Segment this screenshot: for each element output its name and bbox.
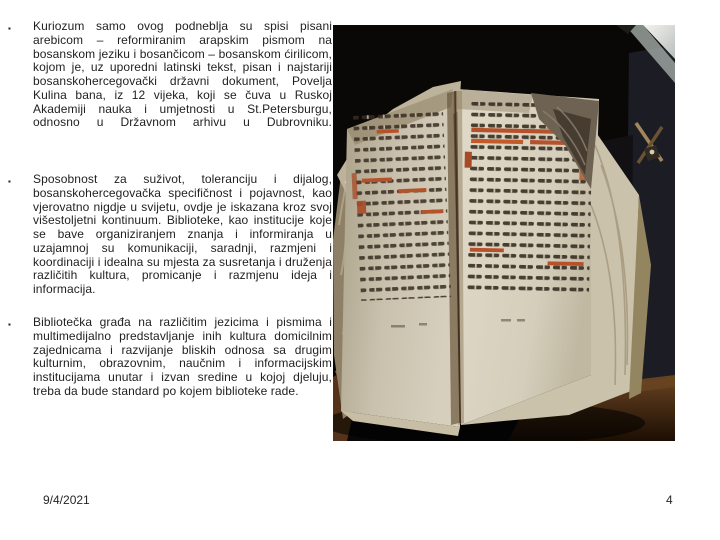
bullet-text-2: Sposobnost za suživot, toleranciju i dij… xyxy=(33,173,332,297)
bullet-marker: ▪ xyxy=(8,318,11,332)
page-text-left xyxy=(349,111,451,301)
footer-date: 9/4/2021 xyxy=(43,493,90,507)
manuscript-photo xyxy=(333,25,675,441)
bullet-text-3: Bibliotečka građa na različitim jezicima… xyxy=(33,316,332,399)
bullet-item-1: ▪ Kuriozum samo ovog podneblja su spisi … xyxy=(8,20,332,130)
bullet-marker: ▪ xyxy=(8,22,11,36)
bullet-marker: ▪ xyxy=(8,175,11,189)
page-number: 4 xyxy=(666,493,673,507)
bullet-item-2: ▪ Sposobnost za suživot, toleranciju i d… xyxy=(8,173,332,297)
slide-root: ▪ Kuriozum samo ovog podneblja su spisi … xyxy=(0,0,720,540)
bullet-item-3: ▪ Bibliotečka građa na različitim jezici… xyxy=(8,316,332,399)
manuscript-photo-graphic xyxy=(333,25,675,441)
bullet-text-1: Kuriozum samo ovog podneblja su spisi pi… xyxy=(33,20,332,130)
